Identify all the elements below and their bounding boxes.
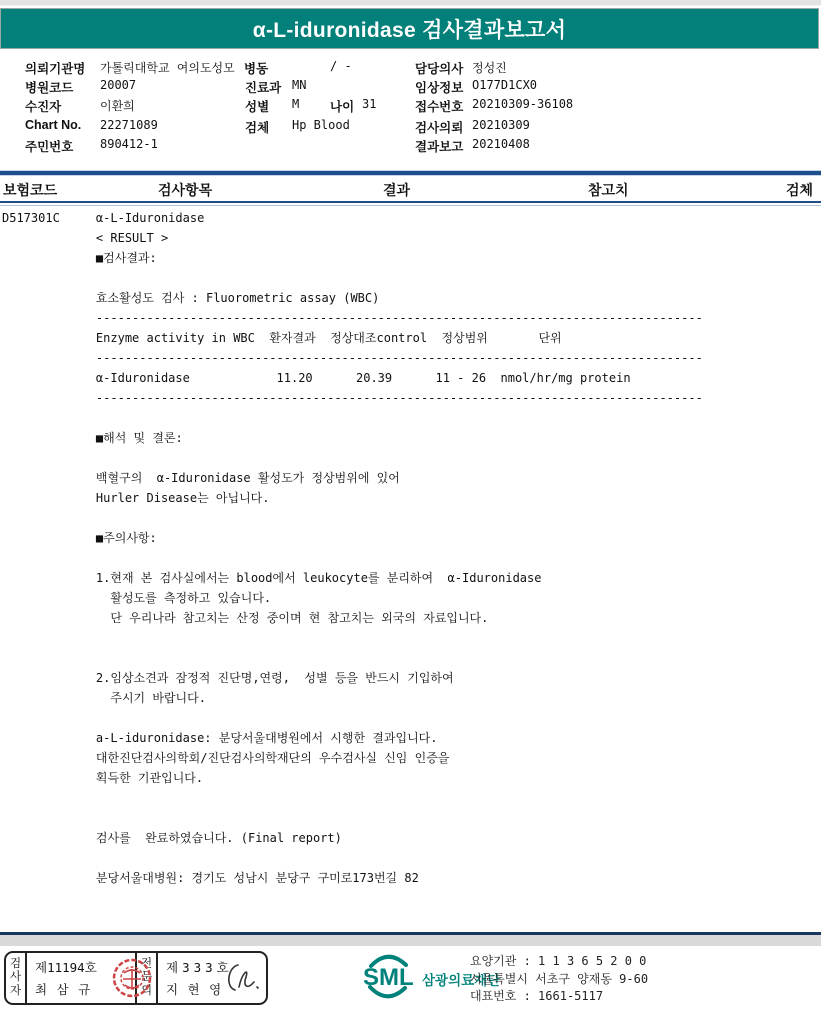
label-hospital-code: 병원코드 bbox=[25, 78, 73, 96]
foundation-address: 서울특별시 서초구 양재동 9-60 bbox=[470, 971, 648, 989]
report-line: Enzyme activity in WBC 환자결과 정상대조control … bbox=[2, 328, 819, 348]
report-title-banner: α-L-iduronidase 검사결과보고서 bbox=[0, 8, 819, 49]
specialist-cell: 제333호 지 현 영 bbox=[158, 953, 266, 1003]
examiner-role-label: 검사자 bbox=[6, 953, 27, 1003]
info-row-2: 병원코드 20007 진료과 MN 임상정보 O177D1CX0 bbox=[0, 78, 821, 97]
report-line: 분당서울대병원: 경기도 성남시 분당구 구미로173번길 82 bbox=[2, 868, 819, 888]
table-header-separator bbox=[0, 201, 821, 203]
value-accession-no: 20210309-36108 bbox=[472, 97, 573, 111]
report-line: ■주의사항: bbox=[2, 528, 819, 548]
examiner-sign-box: 검사자 제11194호 최 삼 규 전문의 제333호 지 현 영 bbox=[4, 951, 268, 1005]
report-line: 1.현재 본 검사실에서는 blood에서 leukocyte를 분리하여 α-… bbox=[2, 568, 819, 588]
report-line: 단 우리나라 참고치는 산정 중이며 현 참고치는 외국의 자료입니다. bbox=[2, 608, 819, 628]
report-line: 효소활성도 검사 : Fluorometric assay (WBC) bbox=[2, 288, 819, 308]
report-line: ----------------------------------------… bbox=[2, 388, 819, 408]
info-row-4: Chart No. 22271089 검체 Hp Blood 검사의뢰 2021… bbox=[0, 118, 821, 137]
report-line bbox=[2, 808, 819, 828]
report-line: ■해석 및 결론: bbox=[2, 428, 819, 448]
report-line: 주시기 바랍니다. bbox=[2, 688, 819, 708]
column-specimen: 검체 bbox=[786, 180, 813, 200]
page-title: α-L-iduronidase 검사결과보고서 bbox=[253, 14, 566, 44]
value-attending-doctor: 정성진 bbox=[472, 59, 507, 76]
report-line: 2.임상소견과 잠정적 진단명,연령, 성별 등을 반드시 기입하여 bbox=[2, 668, 819, 688]
column-test-item: 검사항목 bbox=[158, 180, 212, 200]
report-line bbox=[2, 848, 819, 868]
label-requesting-org: 의뢰기관명 bbox=[25, 59, 85, 77]
report-line: Hurler Disease는 아닙니다. bbox=[2, 488, 819, 508]
examiner-seal-stamp-icon bbox=[111, 957, 153, 1004]
report-line bbox=[2, 268, 819, 288]
column-reference-range: 참고치 bbox=[588, 180, 629, 200]
value-ward: / - bbox=[330, 59, 352, 73]
label-resident-no: 주민번호 bbox=[25, 137, 73, 155]
value-resident-no: 890412-1 bbox=[100, 137, 158, 151]
results-table-header: 보험코드 검사항목 결과 참고치 검체 bbox=[0, 180, 821, 198]
report-line bbox=[2, 448, 819, 468]
footer-contact-info: 요양기관 : 1 1 3 6 5 2 0 0 서울특별시 서초구 양재동 9-6… bbox=[470, 953, 648, 1006]
value-sex: M bbox=[292, 97, 299, 111]
report-line: ■검사결과: bbox=[2, 248, 819, 268]
report-line: 획득한 기관입니다. bbox=[2, 768, 819, 788]
report-line bbox=[2, 548, 819, 568]
label-age: 나이 bbox=[330, 97, 354, 115]
value-result-reported-date: 20210408 bbox=[472, 137, 530, 151]
report-line: ----------------------------------------… bbox=[2, 308, 819, 328]
specialist-signature-icon bbox=[222, 957, 264, 1004]
report-line bbox=[2, 648, 819, 668]
table-top-bar bbox=[0, 170, 821, 176]
label-sex: 성별 bbox=[245, 97, 269, 115]
report-line: ----------------------------------------… bbox=[2, 348, 819, 368]
value-clinical-info: O177D1CX0 bbox=[472, 78, 537, 92]
label-ward: 병동 bbox=[244, 59, 268, 77]
value-age: 31 bbox=[362, 97, 376, 111]
report-line: 백혈구의 α-Iduronidase 활성도가 정상범위에 있어 bbox=[2, 468, 819, 488]
label-test-requested-date: 검사의뢰 bbox=[415, 118, 463, 136]
value-test-requested-date: 20210309 bbox=[472, 118, 530, 132]
label-specimen: 검체 bbox=[245, 118, 269, 136]
report-line bbox=[2, 508, 819, 528]
report-body: D517301C α-L-Iduronidase < RESULT > ■검사결… bbox=[2, 208, 819, 888]
info-row-3: 수진자 이환희 성별 M 나이 31 접수번호 20210309-36108 bbox=[0, 97, 821, 116]
representative-phone: 대표번호 : 1661-5117 bbox=[470, 988, 648, 1006]
info-row-1: 의뢰기관명 가톨릭대학교 여의도성모 병동 / - 담당의사 정성진 bbox=[0, 59, 821, 78]
value-patient-name: 이환희 bbox=[100, 97, 135, 114]
label-patient-name: 수진자 bbox=[25, 97, 61, 115]
report-line: α-Iduronidase 11.20 20.39 11 - 26 nmol/h… bbox=[2, 368, 819, 388]
report-line bbox=[2, 408, 819, 428]
value-specimen: Hp Blood bbox=[292, 118, 350, 132]
report-line: < RESULT > bbox=[2, 228, 819, 248]
report-line bbox=[2, 708, 819, 728]
patient-info-section: 의뢰기관명 가톨릭대학교 여의도성모 병동 / - 담당의사 정성진 병원코드 … bbox=[0, 57, 821, 167]
label-result-reported-date: 결과보고 bbox=[415, 137, 463, 155]
examiner-cell: 제11194호 최 삼 규 bbox=[27, 953, 135, 1003]
info-row-5: 주민번호 890412-1 결과보고 20210408 bbox=[0, 137, 821, 156]
page-top-strip bbox=[0, 0, 821, 6]
report-line: D517301C α-L-Iduronidase bbox=[2, 208, 819, 228]
value-requesting-org: 가톨릭대학교 여의도성모 bbox=[100, 59, 235, 76]
value-department: MN bbox=[292, 78, 306, 92]
label-chart-no: Chart No. bbox=[25, 118, 81, 132]
value-chart-no: 22271089 bbox=[100, 118, 158, 132]
value-hospital-code: 20007 bbox=[100, 78, 136, 92]
sml-logo: SML bbox=[360, 953, 416, 1001]
report-line: 활성도를 측정하고 있습니다. bbox=[2, 588, 819, 608]
report-line: a-L-iduronidase: 분당서울대병원에서 시행한 결과입니다. bbox=[2, 728, 819, 748]
label-attending-doctor: 담당의사 bbox=[415, 59, 463, 77]
label-clinical-info: 임상정보 bbox=[415, 78, 463, 96]
report-line bbox=[2, 788, 819, 808]
report-line: 대한진단검사의학회/진단검사의학재단의 우수검사실 신임 인증을 bbox=[2, 748, 819, 768]
label-department: 진료과 bbox=[245, 78, 281, 96]
sml-logo-text: SML bbox=[363, 964, 414, 992]
footer-gray-strip bbox=[0, 935, 821, 946]
column-insurance-code: 보험코드 bbox=[3, 180, 57, 200]
care-institution-number: 요양기관 : 1 1 3 6 5 2 0 0 bbox=[470, 953, 648, 971]
column-result: 결과 bbox=[383, 180, 410, 200]
label-accession-no: 접수번호 bbox=[415, 97, 463, 115]
report-line bbox=[2, 628, 819, 648]
table-header-separator-light bbox=[0, 205, 821, 206]
report-line: 검사를 완료하였습니다. (Final report) bbox=[2, 828, 819, 848]
